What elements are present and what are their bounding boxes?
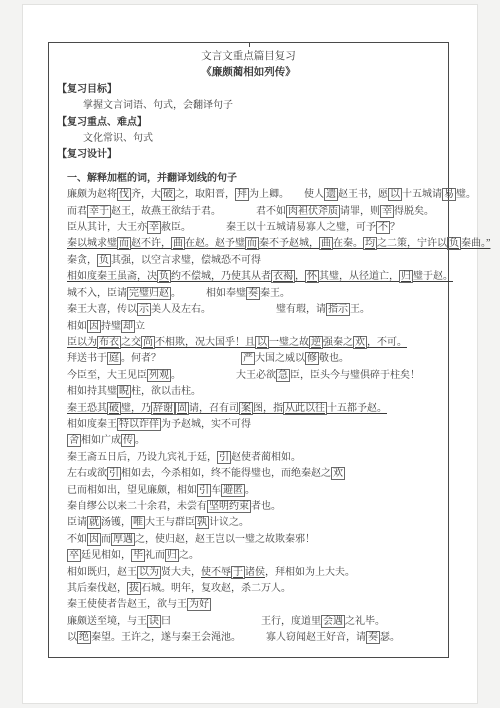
text-line: 廉颇为赵将伐齐，大破之，取阳晋，拜为上卿。 使人遗赵王书，愿以十五城请易璧。 bbox=[57, 187, 440, 203]
text-line: 秦以城求璧而赵不许，曲在赵。赵予璧而秦不予赵城，曲在秦。均之二策，宁许以负秦曲。… bbox=[57, 236, 440, 252]
review-sections: 【复习目标】掌握文言词语、句式，会翻译句子【复习重点、难点】文化常识、句式【复习… bbox=[57, 82, 440, 164]
boxed-word: 负 bbox=[157, 270, 171, 283]
section-body: 文化常识、句式 bbox=[57, 131, 440, 147]
boxed-word: 急 bbox=[276, 369, 290, 382]
boxed-word: 严 bbox=[241, 352, 255, 365]
boxed-word: 为好 bbox=[187, 598, 211, 611]
boxed-word: 因 bbox=[87, 533, 101, 546]
boxed-word: 引 bbox=[217, 451, 231, 464]
boxed-word: 易 bbox=[442, 188, 456, 201]
section-heading: 【复习目标】 bbox=[57, 82, 440, 98]
boxed-word: 引 bbox=[197, 484, 211, 497]
boxed-word: 布衣 bbox=[97, 336, 121, 349]
boxed-word: 列观 bbox=[147, 369, 171, 382]
boxed-word: 奏 bbox=[366, 631, 380, 644]
boxed-word: 却 bbox=[121, 320, 135, 333]
boxed-word: 指示 bbox=[326, 303, 350, 316]
text-line: 舍相如广成传。 bbox=[57, 433, 440, 449]
text-line: 卒廷见相如，毕礼而归之。 bbox=[57, 548, 440, 564]
boxed-word: 遗 bbox=[324, 188, 338, 201]
boxed-word: 诀 bbox=[147, 615, 161, 628]
boxed-word: 于 bbox=[231, 566, 245, 579]
text-line: 左右或欲引相如去，今杀相如，终不能得璧也，而绝秦赵之欢 bbox=[57, 466, 440, 482]
boxed-word: 幸 bbox=[380, 205, 394, 218]
boxed-word: 尚 bbox=[141, 336, 155, 349]
boxed-word: 曲 bbox=[171, 237, 185, 250]
boxed-word: 案 bbox=[239, 402, 253, 415]
text-line: 秦贪，负其强，以空言求璧，偿城恐不可得 bbox=[57, 253, 440, 269]
boxed-word: 怀 bbox=[305, 270, 319, 283]
text-line: 相如因持璧却立 bbox=[57, 319, 440, 335]
text-line: 秦自缪公以来二十余君，未尝有坚明约束者也。 bbox=[57, 499, 440, 515]
document-table-border: 文言文重点篇目复习 《廉颇蔺相如列传》 【复习目标】掌握文言词语、句式，会翻译句… bbox=[48, 42, 449, 658]
text-line: 以绝秦望。王许之，遂与秦王会渑池。 寡人窃闻赵王好音，请奏瑟。 bbox=[57, 630, 440, 646]
text-line: 已而相如出，望见廉颇，相如引车避匿。 bbox=[57, 483, 440, 499]
text-line: 臣从其计，大王亦幸赦臣。 秦王以十五城请易寡人之璧，可予不？ bbox=[57, 220, 440, 236]
boxed-word: 均 bbox=[363, 237, 377, 250]
boxed-word: 幸 bbox=[147, 221, 161, 234]
doc-subtitle: 《廉颇蔺相如列传》 bbox=[57, 65, 440, 81]
boxed-word: 传 bbox=[121, 434, 135, 447]
boxed-word: 负 bbox=[447, 237, 461, 250]
boxed-word: 毕 bbox=[131, 549, 145, 562]
text-line: 相如度秦王虽斋，决负约不偿城，乃使其从者衣褐，怀其璧，从径道亡，归璧于赵。 bbox=[57, 269, 440, 285]
boxed-word: 而 bbox=[117, 237, 131, 250]
boxed-word: 避匿 bbox=[221, 484, 245, 497]
boxed-word: 唯 bbox=[131, 516, 145, 529]
boxed-word: 会遇 bbox=[321, 615, 345, 628]
boxed-word: 示 bbox=[137, 303, 151, 316]
text-line: 臣以为布衣之交尚不相欺，况大国乎！且以一璧之故逆强秦之欢，不可。 bbox=[57, 335, 440, 351]
text-line: 臣请就汤镬，唯大王与群臣孰计议之。 bbox=[57, 515, 440, 531]
text-line: 不如因而厚遇之，使归赵，赵王岂以一璧之故欺秦邪！ bbox=[57, 532, 440, 548]
boxed-word: 幸于 bbox=[87, 205, 111, 218]
text-line: 拜送书于庭。何者？ 严大国之威以修敬也。 bbox=[57, 351, 440, 367]
boxed-word: 欢 bbox=[331, 467, 345, 480]
boxed-word: 破 bbox=[107, 402, 121, 415]
boxed-word: 归 bbox=[165, 549, 179, 562]
underlined-phrase: 使不辱于诸侯 bbox=[201, 566, 265, 579]
boxed-word: 庭 bbox=[107, 352, 121, 365]
text-line: 秦王恐其破璧，乃辞谢固请，召有司案图，指从此以往十五都予赵。 bbox=[57, 401, 440, 417]
boxed-word: 辞谢 bbox=[151, 402, 175, 415]
text-line: 而君幸于赵王，故燕王欲结于君。 君不如肉袒伏斧质请罪，则幸得脱矣。 bbox=[57, 204, 440, 220]
boxed-word: 不 bbox=[376, 221, 390, 234]
text-line: 秦王斋五日后，乃设九宾礼于廷，引赵使者蔺相如。 bbox=[57, 450, 440, 466]
boxed-word: 逆 bbox=[309, 336, 323, 349]
scanned-page: 文言文重点篇目复习 《廉颇蔺相如列传》 【复习目标】掌握文言词语、句式，会翻译句… bbox=[22, 4, 478, 704]
page-title: 文言文重点篇目复习 bbox=[57, 49, 440, 65]
boxed-word: 坚明约束 bbox=[207, 500, 251, 513]
boxed-word: 舍 bbox=[67, 434, 81, 447]
exercise-instruction: 一、解释加框的词，并翻译划线的句子 bbox=[57, 171, 440, 187]
text-line: 其后秦伐赵，拔石城。明年，复攻赵，杀二万人。 bbox=[57, 581, 440, 597]
boxed-word: 修 bbox=[305, 352, 319, 365]
boxed-word: 伐 bbox=[117, 188, 131, 201]
table-divider-mark bbox=[249, 43, 250, 47]
boxed-word: 厚遇 bbox=[111, 533, 135, 546]
boxed-word: 拔 bbox=[127, 582, 141, 595]
boxed-word: 完璧归赵 bbox=[127, 287, 171, 300]
boxed-word: 特以诈佯 bbox=[117, 418, 161, 431]
boxed-word: 负 bbox=[97, 254, 111, 267]
boxed-word: 拜 bbox=[235, 188, 249, 201]
text-line: 相如既归，赵王以为贤大夫，使不辱于诸侯，拜相如为上大夫。 bbox=[57, 565, 440, 581]
section-body: 掌握文言词语、句式，会翻译句子 bbox=[57, 98, 440, 114]
boxed-word: 孰 bbox=[195, 516, 209, 529]
boxed-word: 以 bbox=[388, 188, 402, 201]
boxed-word: 以为 bbox=[137, 566, 161, 579]
boxed-word: 睨 bbox=[117, 385, 131, 398]
text-line: 廉颇送至境，与王诀曰 王行，度道里会遇之礼毕。 bbox=[57, 614, 440, 630]
boxed-word: 而 bbox=[245, 237, 259, 250]
boxed-word: 以 bbox=[255, 336, 269, 349]
text-line: 秦王大喜，传以示美人及左右。 璧有瑕，请指示王。 bbox=[57, 302, 440, 318]
section-heading: 【复习设计】 bbox=[57, 147, 440, 163]
section-heading: 【复习重点、难点】 bbox=[57, 115, 440, 131]
text-line: 今臣至，大王见臣列观。 大王必欲急臣，臣头今与璧俱碎于柱矣！ bbox=[57, 368, 440, 384]
text-line: 相如持其璧睨柱，欲以击柱。 bbox=[57, 384, 440, 400]
boxed-word: 欢 bbox=[353, 336, 367, 349]
boxed-word: 奏 bbox=[246, 287, 260, 300]
boxed-word: 绝 bbox=[77, 631, 91, 644]
boxed-word: 曲 bbox=[319, 237, 333, 250]
boxed-word: 卒 bbox=[67, 549, 81, 562]
boxed-word: 因 bbox=[87, 320, 101, 333]
boxed-word: 引 bbox=[107, 467, 121, 480]
boxed-word: 破 bbox=[161, 188, 175, 201]
text-line: 秦王使使者告赵王，欲与王为好 bbox=[57, 597, 440, 613]
boxed-word: 从此以往 bbox=[283, 402, 327, 415]
boxed-word: 衣褐 bbox=[271, 270, 295, 283]
text-line: 城不入，臣请完璧归赵。 相如奉璧奏秦王。 bbox=[57, 286, 440, 302]
text-line: 相如度秦王特以诈佯为予赵城，实不可得 bbox=[57, 417, 440, 433]
exercise-lines: 廉颇为赵将伐齐，大破之，取阳晋，拜为上卿。 使人遗赵王书，愿以十五城请易璧。而君… bbox=[57, 187, 440, 646]
boxed-word: 就 bbox=[87, 516, 101, 529]
boxed-word: 肉袒伏斧质 bbox=[286, 205, 340, 218]
boxed-word: 归 bbox=[399, 270, 413, 283]
boxed-word: 固 bbox=[175, 402, 189, 415]
